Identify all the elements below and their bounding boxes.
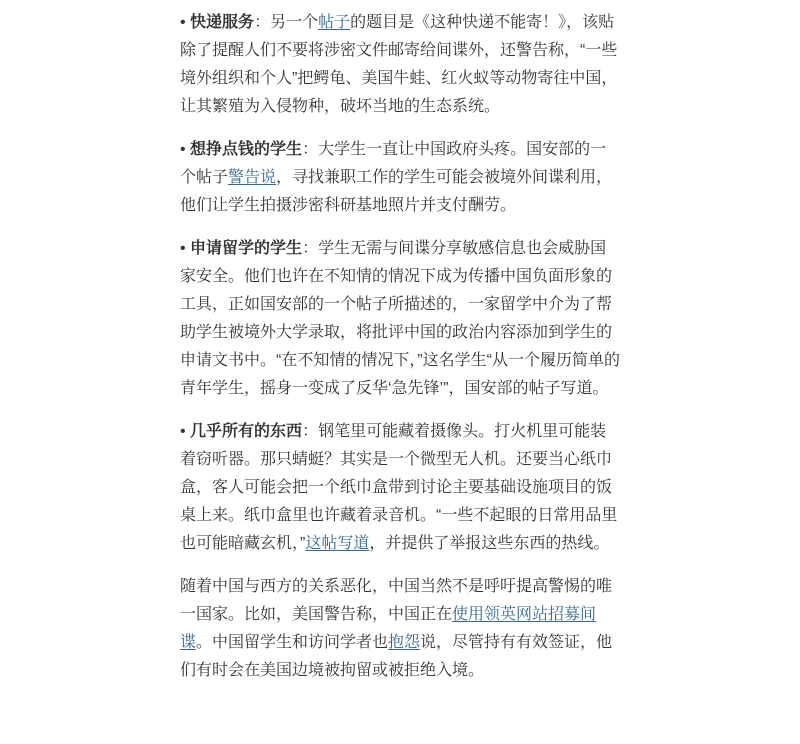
text-segment: ：学生无需与间谍分享敏感信息也会威胁国家安全。他们也许在不知情的情况下成为传播中… <box>180 240 620 397</box>
text-segment: ：钢笔里可能藏着摄像头。打火机里可能装着窃听器。那只蜻蜓？其实是一个微型无人机。… <box>180 423 617 552</box>
list-item: • 快递服务：另一个帖子的题目是《这种快递不能寄！》，该贴除了提醒人们不要将涉密… <box>180 9 620 121</box>
bullet-marker-icon: • <box>180 141 190 158</box>
text-segment: 。中国留学生和访问学者也 <box>196 634 388 651</box>
espionage-warning-list: • 快递服务：另一个帖子的题目是《这种快递不能寄！》，该贴除了提醒人们不要将涉密… <box>180 9 620 558</box>
inline-link[interactable]: 警告说 <box>228 169 276 186</box>
closing-paragraph: 随着中国与西方的关系恶化，中国当然不是呼吁提高警惕的唯一国家。比如，美国警告称，… <box>180 573 620 685</box>
list-item-term: 申请留学的学生 <box>190 240 302 257</box>
list-item-term: 快递服务 <box>190 14 254 31</box>
list-item: • 申请留学的学生：学生无需与间谍分享敏感信息也会威胁国家安全。他们也许在不知情… <box>180 235 620 403</box>
list-item: • 想挣点钱的学生：大学生一直让中国政府头疼。国安部的一个帖子警告说，寻找兼职工… <box>180 136 620 220</box>
list-item-term: 想挣点钱的学生 <box>190 141 302 158</box>
bullet-marker-icon: • <box>180 14 190 31</box>
list-item-term: 几乎所有的东西 <box>190 423 302 440</box>
bullet-marker-icon: • <box>180 423 190 440</box>
article-body: • 快递服务：另一个帖子的题目是《这种快递不能寄！》，该贴除了提醒人们不要将涉密… <box>180 0 620 685</box>
inline-link[interactable]: 帖子 <box>318 14 350 31</box>
inline-link[interactable]: 抱怨 <box>388 634 420 651</box>
inline-link[interactable]: 这帖写道 <box>305 535 369 552</box>
list-item: • 几乎所有的东西：钢笔里可能藏着摄像头。打火机里可能装着窃听器。那只蜻蜓？其实… <box>180 418 620 558</box>
bullet-marker-icon: • <box>180 240 190 257</box>
text-segment: ：另一个 <box>254 14 318 31</box>
text-segment: ，并提供了举报这些东西的热线。 <box>369 535 609 552</box>
